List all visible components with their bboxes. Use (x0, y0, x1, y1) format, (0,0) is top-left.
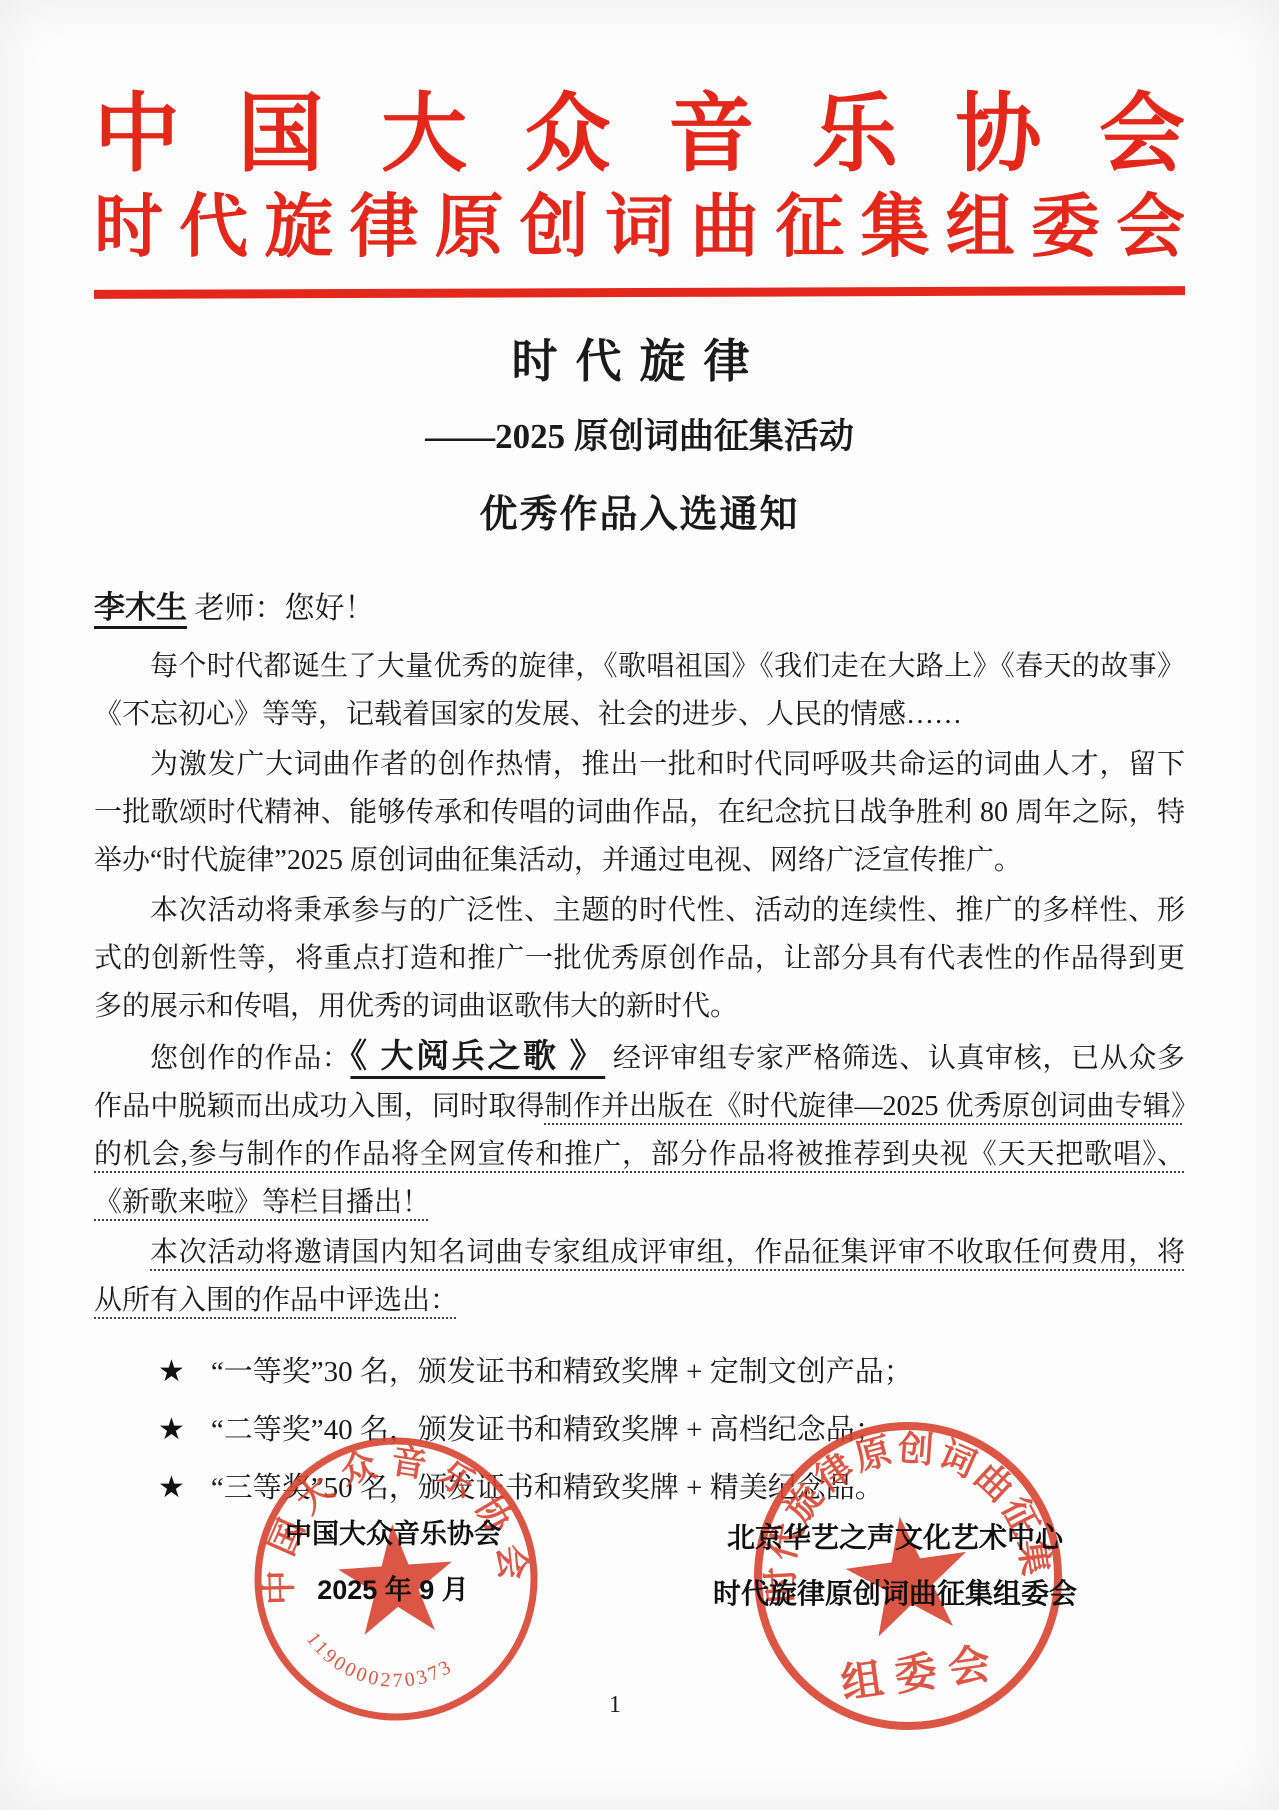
letterhead-divider-rule (94, 286, 1185, 299)
award-item-first-prize: ★ “一等奖”30 名，颁发证书和精致奖牌 + 定制文创产品； (94, 1343, 1185, 1401)
signature-left-org: 中国大众音乐协会 (248, 1512, 538, 1551)
signature-right-org-line1: 北京华艺之声文化艺术中心 (700, 1516, 1090, 1556)
document-title: 时代旋律 (94, 325, 1185, 391)
jury-text: 本次活动将邀请国内知名词曲专家组成评审组，作品征集评审不收取任何费用，将从所有入… (94, 1237, 1185, 1316)
work-lead-text: 您创作的作品： (150, 1043, 350, 1074)
star-bullet-icon: ★ (158, 1343, 185, 1401)
greeting-text: 老师：您好！ (187, 592, 375, 625)
signature-left-date: 2025 年 9 月 (268, 1568, 518, 1607)
paragraph-principles: 本次活动将秉承参与的广泛性、主题的时代性、活动的连续性、推广的多样性、形式的创新… (94, 887, 1185, 1031)
paragraph-jury: 本次活动将邀请国内知名词曲专家组成评审组，作品征集评审不收取任何费用，将从所有入… (94, 1229, 1185, 1325)
award-text: “一等奖”30 名，颁发证书和精致奖牌 + 定制文创产品； (211, 1343, 913, 1401)
star-bullet-icon: ★ (158, 1459, 185, 1517)
seal-serial-number: 1190000270373 (301, 1619, 458, 1699)
paragraph-selection-result: 您创作的作品：《 大阅兵之歌 》 经评审组专家严格筛选、认真审核，已从众多作品中… (94, 1033, 1185, 1227)
letterhead-committee-name: 时代旋律原创词曲征集组委会 (94, 191, 1185, 263)
paragraph-intro: 每个时代都诞生了大量优秀的旋律，《歌唱祖国》《我们走在大路上》《春天的故事》《不… (94, 643, 1185, 739)
notice-title: 优秀作品入选通知 (94, 483, 1185, 538)
paragraph-purpose: 为激发广大词曲作者的创作热情，推出一批和时代同呼吸共命运的词曲人才，留下一批歌颂… (94, 741, 1185, 885)
page-number: 1 (585, 1692, 645, 1719)
salutation-line: 李木生 老师：您好！ (94, 582, 1185, 627)
document-page: 中国大众音乐协会 时代旋律原创词曲征集组委会 时代旋律 ——2025 原创词曲征… (0, 0, 1279, 1810)
document-subtitle: ——2025 原创词曲征集活动 (94, 409, 1185, 459)
recipient-name: 李木生 (94, 590, 187, 625)
letterhead-org-name: 中国大众音乐协会 (94, 90, 1185, 179)
svg-text:1190000270373: 1190000270373 (301, 1619, 458, 1699)
seal-center-text: 组委会 (838, 1639, 1005, 1708)
letter-body: 每个时代都诞生了大量优秀的旋律，《歌唱祖国》《我们走在大路上》《春天的故事》《不… (94, 643, 1185, 1325)
signature-right-org-line2: 时代旋律原创词曲征集组委会 (692, 1572, 1098, 1612)
selected-work-title: 《 大阅兵之歌 》 (350, 1039, 605, 1075)
document-content: 中国大众音乐协会 时代旋律原创词曲征集组委会 时代旋律 ——2025 原创词曲征… (0, 90, 1279, 1517)
star-bullet-icon: ★ (158, 1401, 185, 1459)
